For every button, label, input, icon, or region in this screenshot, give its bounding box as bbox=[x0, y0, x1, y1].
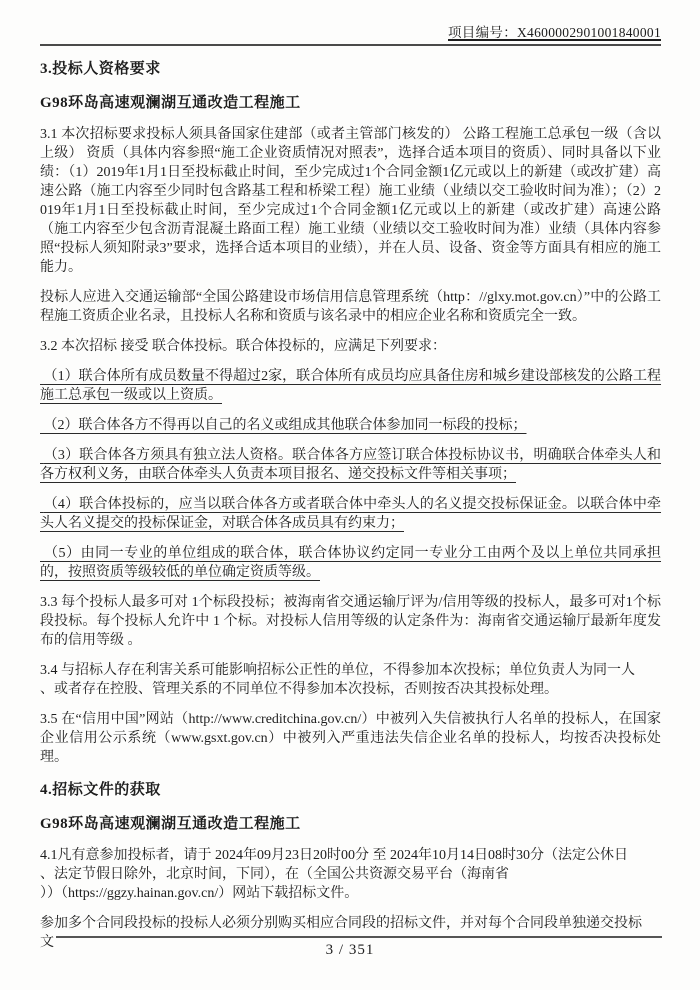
page-header: 项目编号：X4600002901001840001 bbox=[40, 23, 661, 46]
document-page: 项目编号：X4600002901001840001 3.投标人资格要求 G98环… bbox=[0, 0, 700, 990]
project-number: 项目编号：X4600002901001840001 bbox=[448, 25, 661, 40]
clause-3-4: 3.4 与招标人存在利害关系可能影响招标公正性的单位，不得参加本次投标；单位负责… bbox=[40, 661, 661, 699]
clause-3-5: 3.5 在“信用中国”网站（http://www.creditchina.gov… bbox=[40, 710, 661, 767]
jv-requirement-item-5: （5）由同一专业的单位组成的联合体，联合体协议约定同一专业分工由两个及以上单位共… bbox=[40, 544, 661, 582]
jv-requirement-item-1: （1）联合体所有成员数量不得超过2家，联合体所有成员均应具备住房和城乡建设部核发… bbox=[40, 367, 661, 405]
jv-requirement-item-3: （3）联合体各方须具有独立法人资格。联合体各方应签订联合体投标协议书，明确联合体… bbox=[40, 446, 661, 484]
project-title-section-3: G98环岛高速观澜湖互通改造工程施工 bbox=[40, 92, 661, 114]
project-title-section-4: G98环岛高速观澜湖互通改造工程施工 bbox=[40, 813, 661, 835]
jv-requirement-item-4: （4）联合体投标的，应当以联合体各方或者联合体中牵头人的名义提交投标保证金。以联… bbox=[40, 495, 661, 533]
clause-3-3: 3.3 每个投标人最多可对 1个标段投标；被海南省交通运输厅评为/信用等级的投标… bbox=[40, 593, 661, 650]
jv-requirement-item-2: （2）联合体各方不得再以自己的名义或组成其他联合体参加同一标段的投标； bbox=[40, 416, 661, 435]
credit-system-note: 投标人应进入交通运输部“全国公路建设市场信用信息管理系统（http：//glxy… bbox=[40, 288, 661, 326]
section-3-heading: 3.投标人资格要求 bbox=[40, 58, 661, 80]
clause-3-1: 3.1 本次招标要求投标人须具备国家住建部（或者主管部门核发的） 公路工程施工总… bbox=[40, 125, 661, 277]
section-4-heading: 4.招标文件的获取 bbox=[40, 779, 661, 801]
clause-3-2: 3.2 本次招标 接受 联合体投标。联合体投标的，应满足下列要求： bbox=[40, 337, 661, 356]
clause-4-1: 4.1凡有意参加投标者，请于 2024年09月23日20时00分 至 2024年… bbox=[40, 846, 661, 903]
page-number: 3 / 351 bbox=[0, 941, 700, 960]
footer-divider bbox=[56, 936, 662, 938]
